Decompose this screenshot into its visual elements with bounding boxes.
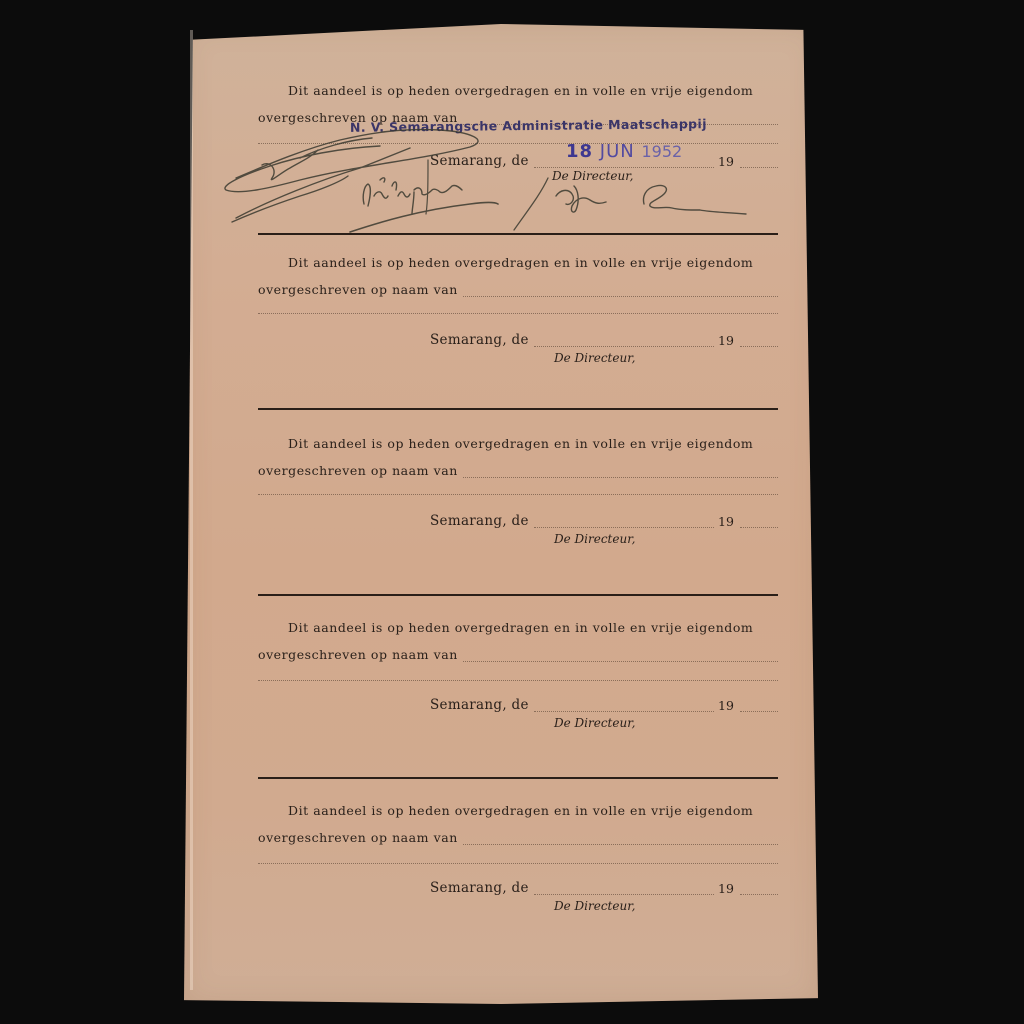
- block-divider: [258, 233, 778, 235]
- transfer-statement: Dit aandeel is op heden overgedragen en …: [288, 436, 753, 451]
- transferee-name-line: [463, 661, 778, 662]
- year-line: [740, 167, 778, 168]
- date-line: [534, 711, 714, 712]
- year-prefix: 19: [718, 333, 734, 348]
- date-line: [534, 346, 714, 347]
- block-divider: [258, 594, 778, 596]
- transferee-name-line-2: [258, 680, 778, 681]
- director-label: De Directeur,: [554, 532, 635, 546]
- transferee-name-line: [463, 844, 778, 845]
- date-line: [534, 167, 714, 168]
- date-line: [534, 894, 714, 895]
- transferee-name-line: [463, 477, 778, 478]
- transferee-label: overgeschreven op naam van: [258, 282, 458, 297]
- director-label: De Directeur,: [554, 716, 635, 730]
- place-date-label: Semarang, de: [430, 332, 529, 348]
- transfer-statement: Dit aandeel is op heden overgedragen en …: [288, 255, 753, 270]
- transfer-statement: Dit aandeel is op heden overgedragen en …: [288, 803, 753, 818]
- block-divider: [258, 408, 778, 410]
- director-label: De Directeur,: [554, 351, 635, 365]
- transfer-statement: Dit aandeel is op heden overgedragen en …: [288, 620, 753, 635]
- director-label: De Directeur,: [554, 899, 635, 913]
- transfer-block-4: Dit aandeel is op heden overgedragen en …: [258, 620, 778, 780]
- stamp-day: 18: [566, 141, 593, 162]
- stamp-month: JUN: [600, 141, 635, 162]
- transferee-name-line-2: [258, 494, 778, 495]
- transferee-name-line: [463, 296, 778, 297]
- transferee-name-line-2: [258, 313, 778, 314]
- date-stamp: 18 JUN 1952: [566, 141, 682, 162]
- transfer-block-5: Dit aandeel is op heden overgedragen en …: [258, 803, 778, 923]
- year-line: [740, 527, 778, 528]
- transferee-label: overgeschreven op naam van: [258, 647, 458, 662]
- transfer-block-1: Dit aandeel is op heden overgedragen en …: [258, 83, 778, 243]
- transfer-statement: Dit aandeel is op heden overgedragen en …: [288, 83, 753, 98]
- place-date-label: Semarang, de: [430, 153, 529, 169]
- year-prefix: 19: [718, 154, 734, 169]
- year-prefix: 19: [718, 881, 734, 896]
- year-line: [740, 346, 778, 347]
- director-label: De Directeur,: [552, 169, 633, 183]
- transfer-block-2: Dit aandeel is op heden overgedragen en …: [258, 255, 778, 415]
- transferee-name-line-2: [258, 863, 778, 864]
- year-line: [740, 894, 778, 895]
- transfer-block-3: Dit aandeel is op heden overgedragen en …: [258, 436, 778, 596]
- transferee-name-line-2: [258, 143, 778, 144]
- place-date-label: Semarang, de: [430, 513, 529, 529]
- place-date-label: Semarang, de: [430, 697, 529, 713]
- paper-edge: [190, 30, 193, 990]
- year-prefix: 19: [718, 698, 734, 713]
- stamp-year: 1952: [641, 142, 682, 161]
- transferee-label: overgeschreven op naam van: [258, 830, 458, 845]
- year-prefix: 19: [718, 514, 734, 529]
- year-line: [740, 711, 778, 712]
- date-line: [534, 527, 714, 528]
- block-divider: [258, 777, 778, 779]
- place-date-label: Semarang, de: [430, 880, 529, 896]
- transferee-label: overgeschreven op naam van: [258, 463, 458, 478]
